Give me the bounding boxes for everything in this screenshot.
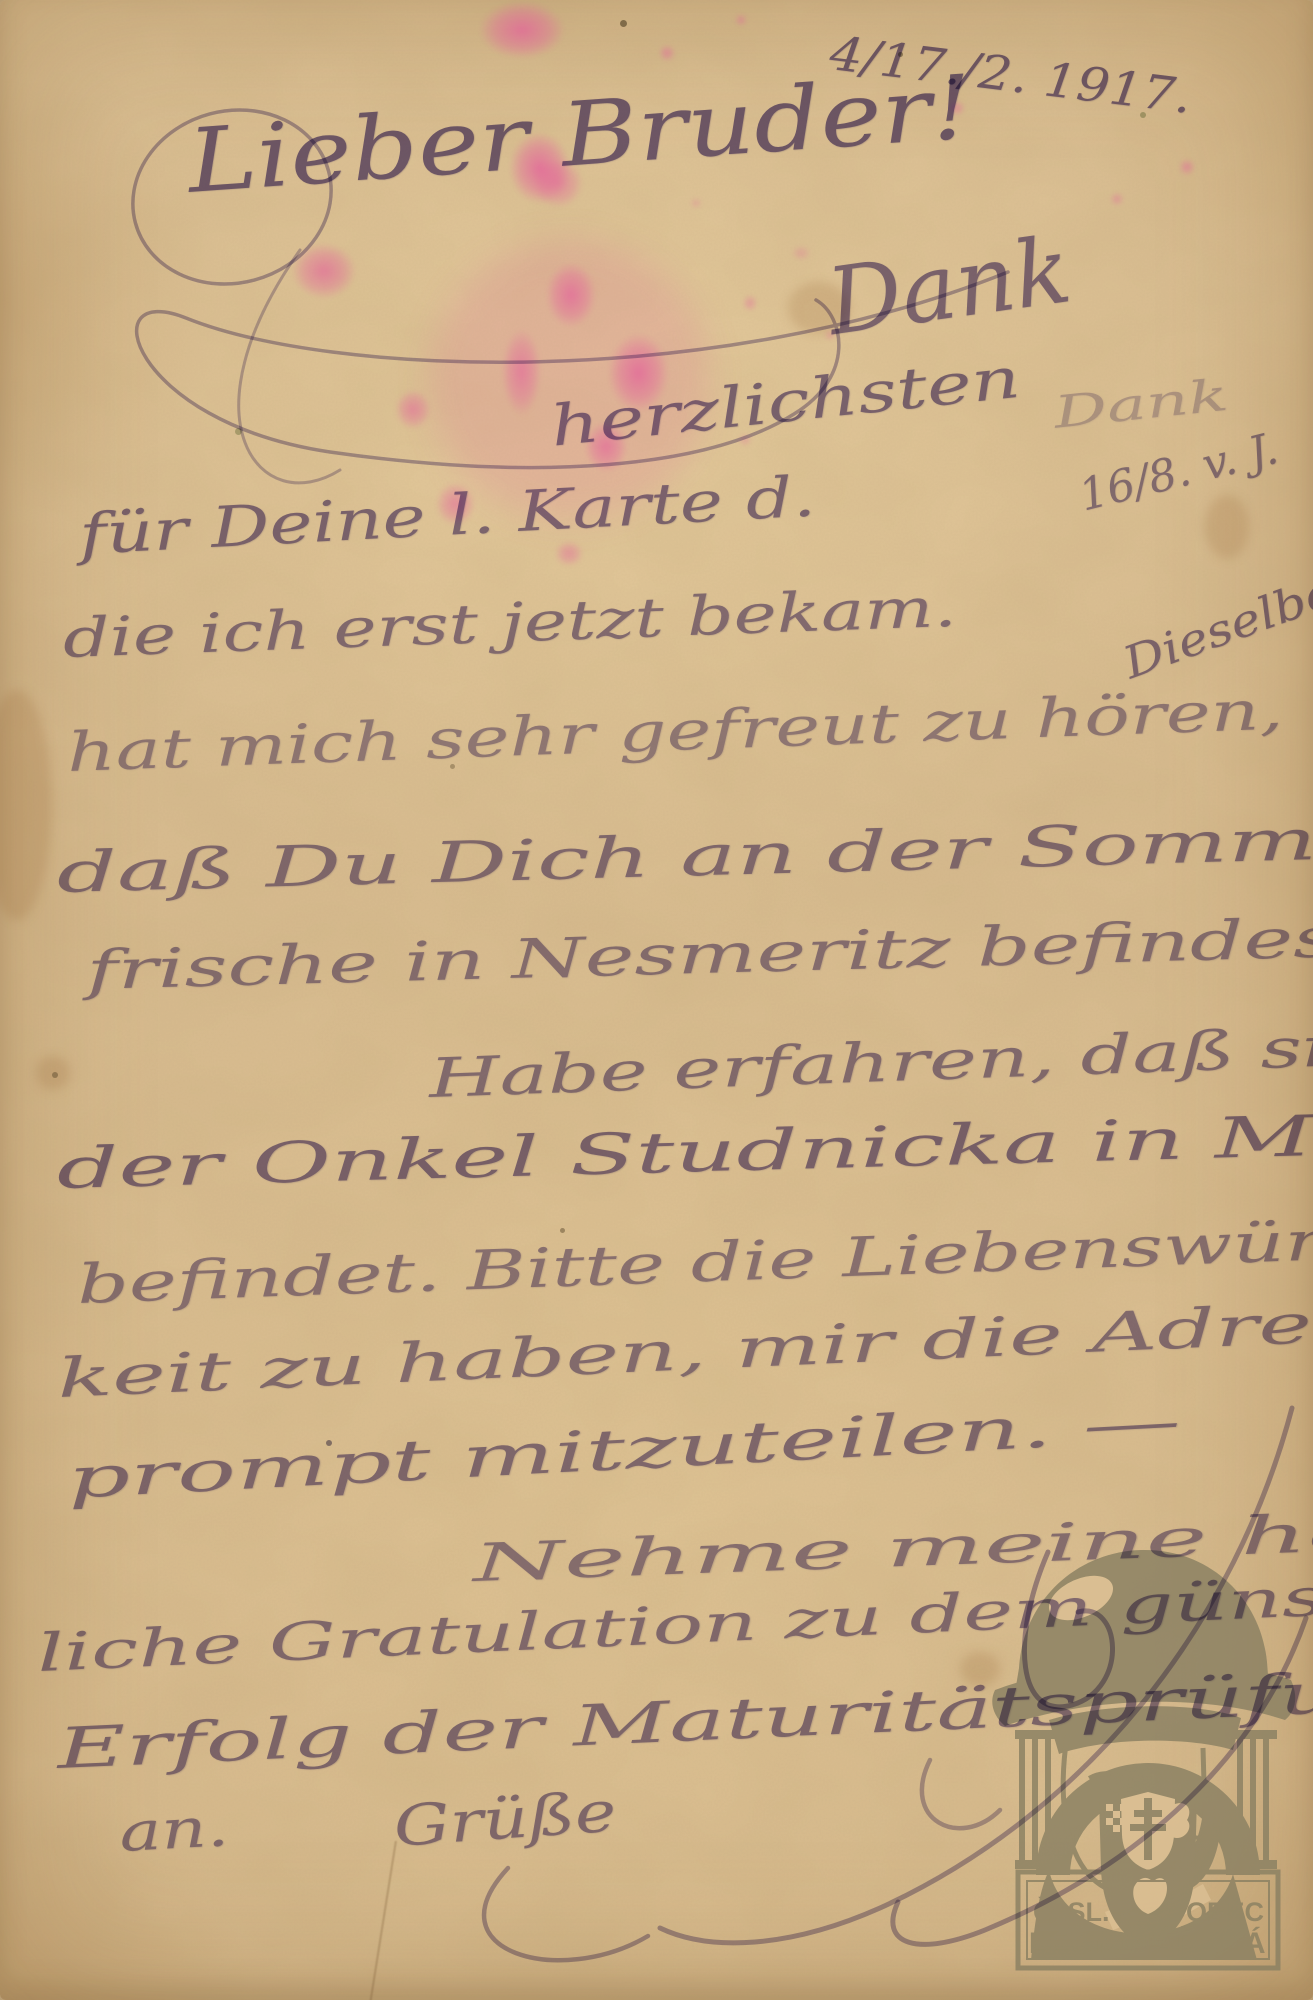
- handwriting-line: für Deine l. Karte d.: [78, 469, 817, 563]
- handwriting-line: Dank: [822, 224, 1076, 349]
- ink-stain: [494, 312, 549, 432]
- handwriting-line: hat mich sehr gefreut zu hören,: [66, 684, 1284, 780]
- handwriting-line: 16/8. v. J.: [1075, 427, 1282, 519]
- emblem-text-csl: Č. SL.: [1033, 1896, 1110, 1927]
- handwriting-line: Habe erfahren, daß sich: [428, 1017, 1313, 1106]
- ink-stain: [788, 243, 814, 263]
- dirt-speck: [235, 428, 242, 435]
- foxing-spot: [1205, 495, 1249, 559]
- handwriting-line: Dieselbe: [1118, 569, 1313, 686]
- handwriting-line: daß Du Dich an der Sommer-: [56, 810, 1313, 902]
- emblem-text-obec: OBEC: [1186, 1897, 1264, 1927]
- dirt-speck: [620, 20, 627, 27]
- ink-stain: [388, 382, 438, 437]
- paper-crease: [369, 1841, 397, 2000]
- scanned-postcard: Č. SL. OBEC LEGIONÁŘSKÁ 4/17./2. 1917. L…: [0, 0, 1313, 2000]
- ink-stain: [740, 292, 760, 314]
- ink-stain: [1176, 156, 1198, 178]
- handwriting-ghost: Dank: [1052, 374, 1230, 436]
- ink-stain: [688, 196, 704, 210]
- handwriting-line: an.: [118, 1800, 230, 1860]
- ink-stain: [1108, 190, 1126, 208]
- dirt-speck: [52, 1072, 58, 1078]
- handwriting-line: der Onkel Studnicka in Moskau: [56, 1102, 1313, 1198]
- ink-stain: [733, 12, 749, 28]
- ink-stain: [536, 250, 606, 340]
- salutation: Lieber Bruder!: [185, 63, 976, 206]
- ink-stain: [656, 42, 678, 64]
- ink-stain: [279, 232, 369, 310]
- handwriting-line: frische in Nesmeritz befindest.: [86, 910, 1313, 998]
- ink-stain: [462, 0, 582, 70]
- handwriting-line: Grüße: [392, 1784, 618, 1855]
- handwriting-line: prompt mitzuteilen. —: [66, 1394, 1182, 1508]
- handwriting-line: die ich erst jetzt bekam.: [62, 581, 957, 666]
- dirt-speck: [560, 1228, 565, 1233]
- handwriting-line: befindet. Bitte die Liebenswürdig-: [76, 1209, 1313, 1312]
- foxing-spot: [0, 690, 52, 920]
- emblem-text-legionarska: LEGIONÁŘSKÁ: [1029, 1926, 1267, 1960]
